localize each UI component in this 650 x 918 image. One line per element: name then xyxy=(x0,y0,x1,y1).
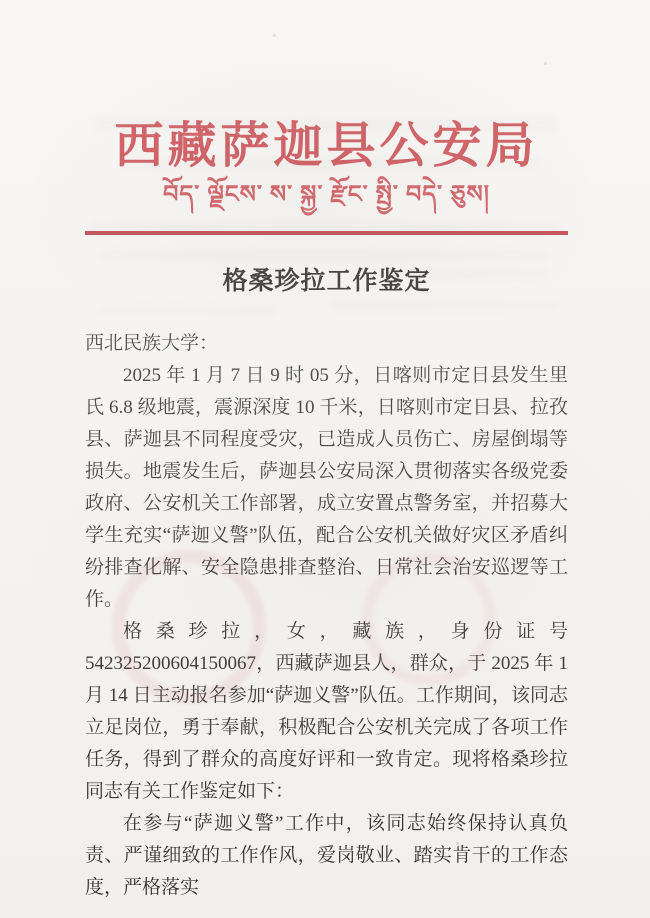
org-name-tibetan: བོད་ ལྗོངས་ ས་ སྐྱ་ རྫོང་ སྤྱི་ བདེ་ ཅུས… xyxy=(85,178,568,212)
document-title: 格桑珍拉工作鉴定 xyxy=(85,265,568,299)
letterhead: 西藏萨迦县公安局 བོད་ ལྗོངས་ ས་ སྐྱ་ རྫོང་ སྤྱི་… xyxy=(85,120,568,235)
body-paragraphs: 2025 年 1 月 7 日 9 时 05 分，日喀则市定日县发生里氏 6.8 … xyxy=(85,360,568,904)
salutation: 西北民族大学： xyxy=(85,328,568,360)
document-content: 西藏萨迦县公安局 བོད་ ལྗོངས་ ས་ སྐྱ་ རྫོང་ སྤྱི་… xyxy=(85,0,568,904)
letterhead-divider-rule xyxy=(85,231,568,235)
body-paragraph: 在参与“萨迦义警”工作中，该同志始终保持认真负责、严谨细致的工作作风，爱岗敬业、… xyxy=(85,808,568,904)
body-paragraph: 格桑珍拉，女，藏族，身份证号 542325200604150067，西藏萨迦县人… xyxy=(85,616,568,808)
org-name-chinese: 西藏萨迦县公安局 xyxy=(85,120,568,172)
scanned-document-page: 西藏萨迦县公安局 བོད་ ལྗོངས་ ས་ སྐྱ་ རྫོང་ སྤྱི་… xyxy=(0,0,650,918)
body-paragraph: 2025 年 1 月 7 日 9 时 05 分，日喀则市定日县发生里氏 6.8 … xyxy=(85,360,568,616)
